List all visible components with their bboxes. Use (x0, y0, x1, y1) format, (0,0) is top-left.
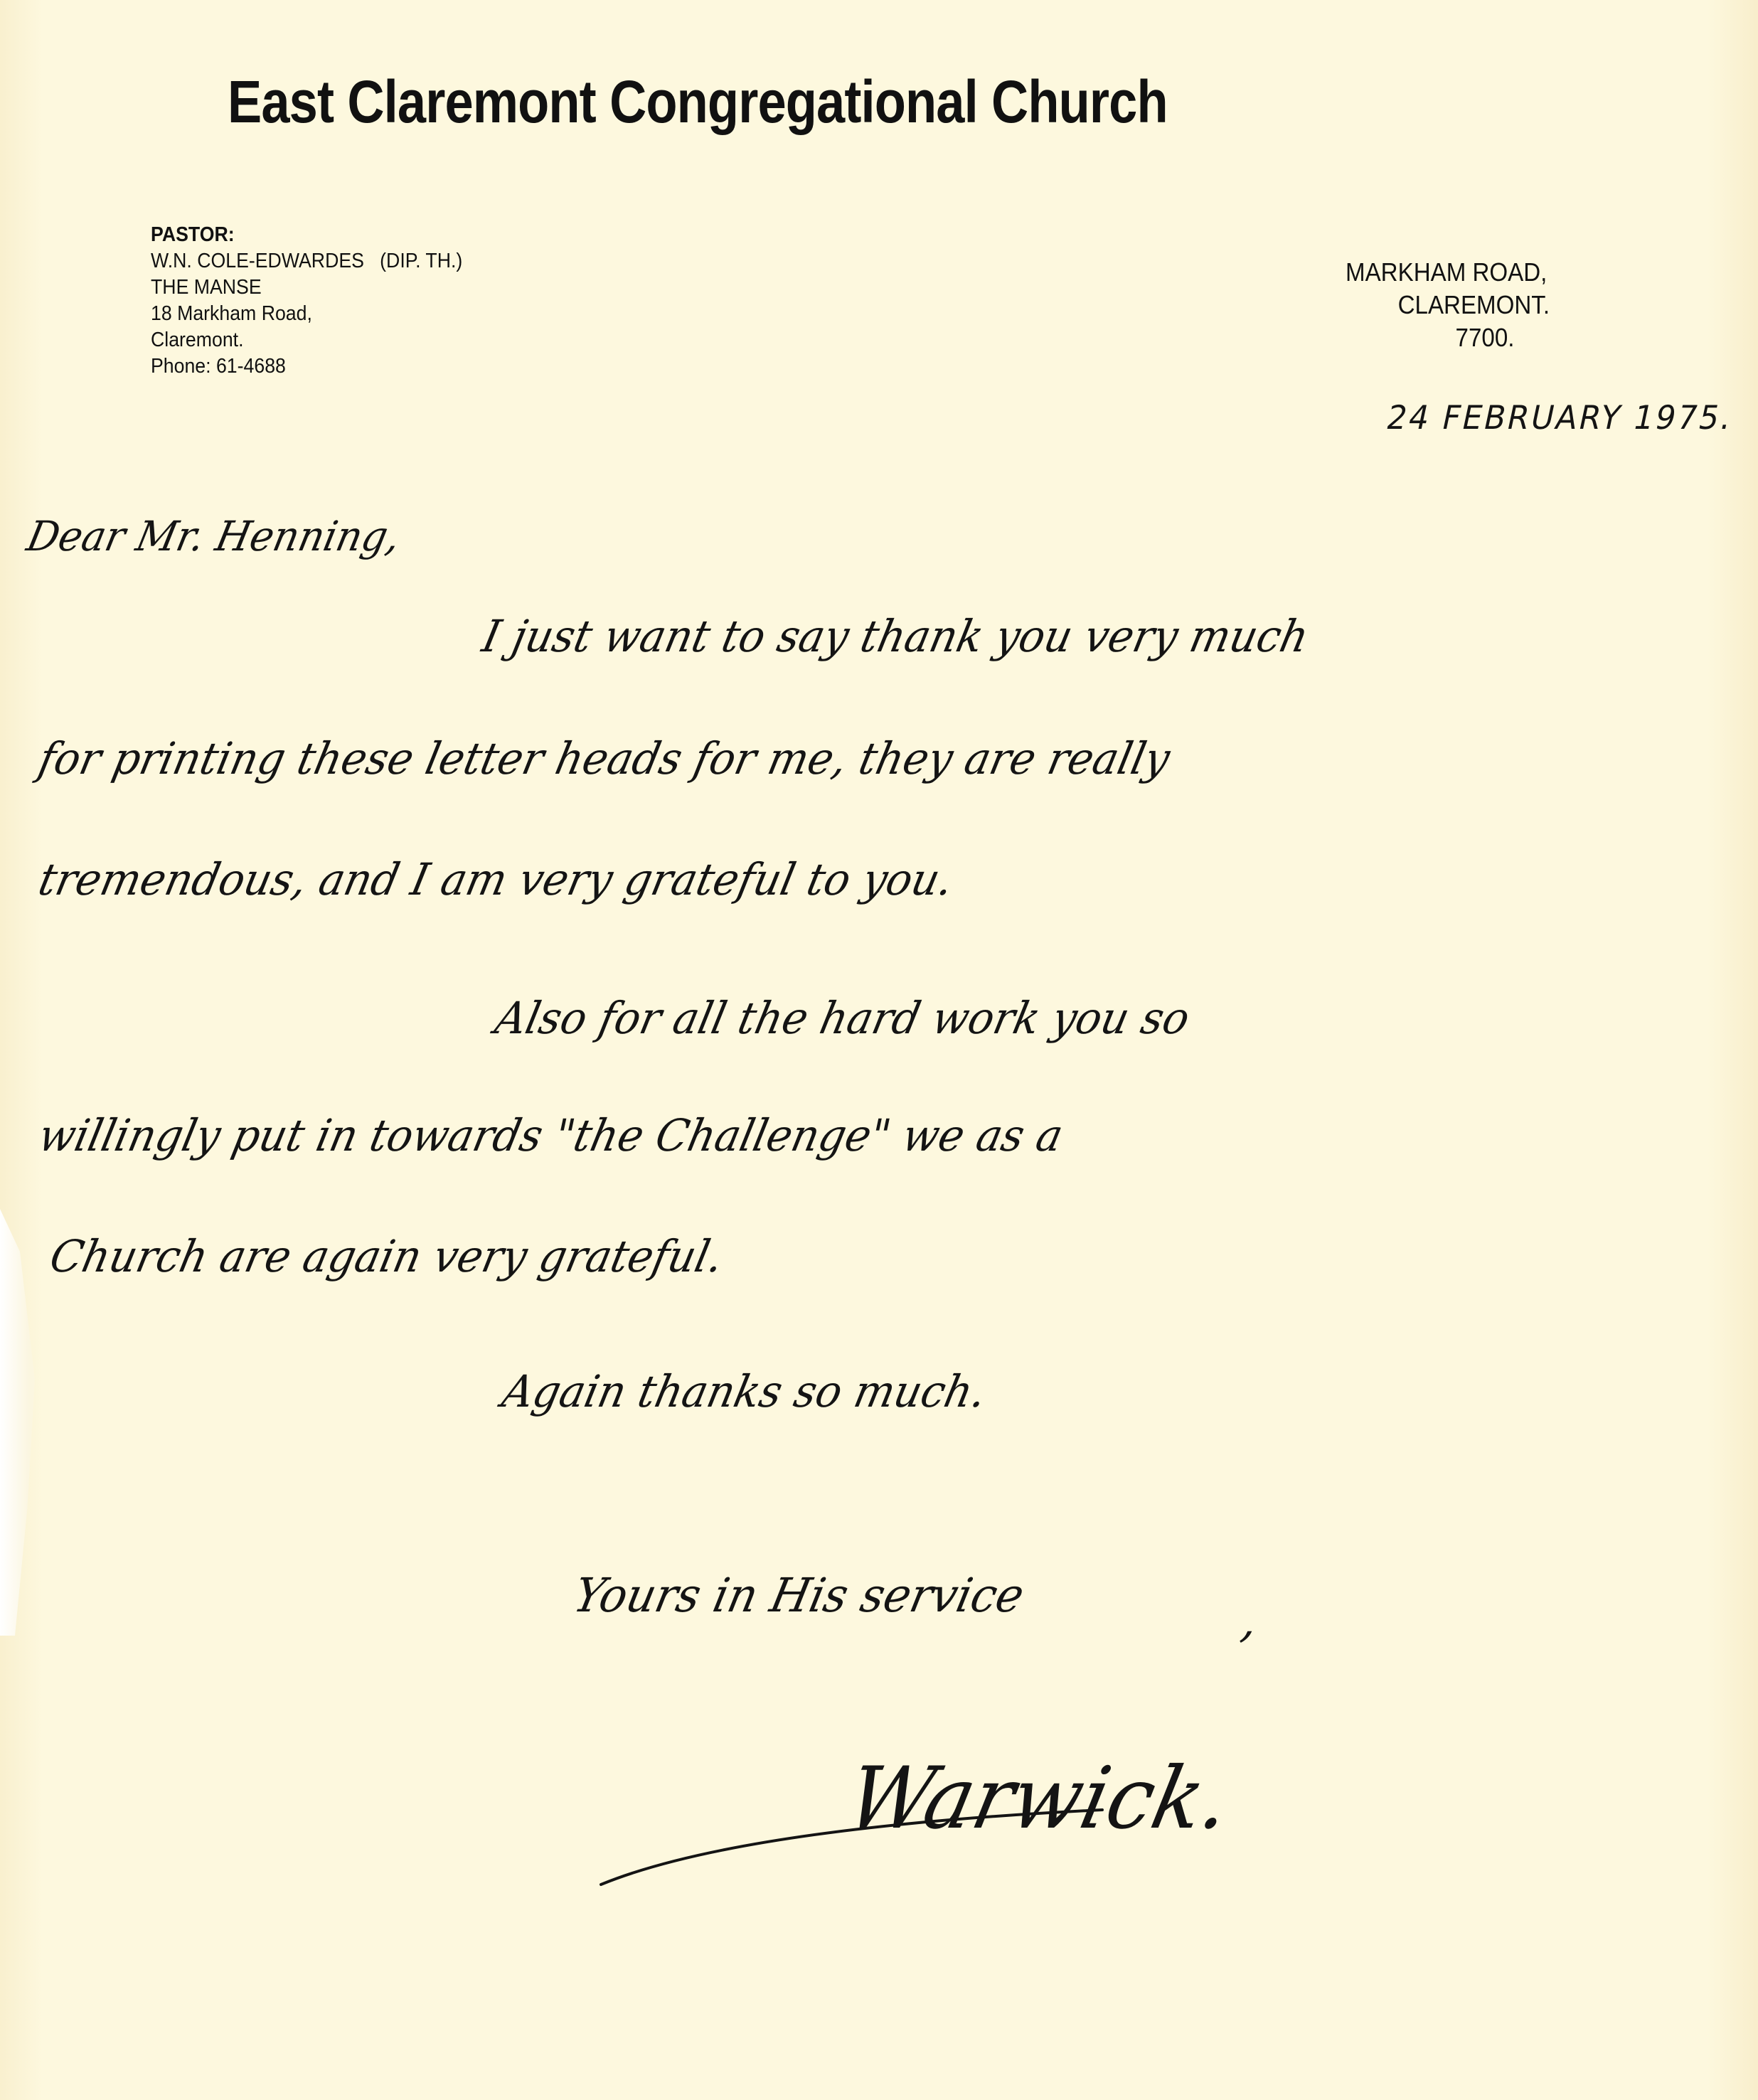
salutation: Dear Mr. Henning, (23, 512, 405, 560)
body-line: for printing these letter heads for me, … (34, 732, 1174, 784)
pastor-phone: Phone: 61-4688 (151, 353, 462, 380)
church-street: MARKHAM ROAD, (1346, 256, 1550, 289)
closing: Yours in His service (569, 1568, 1029, 1623)
body-line: willingly put in towards "the Challenge"… (34, 1109, 1067, 1161)
letter-date: 24 FEBRUARY 1975. (1383, 398, 1737, 437)
pastor-contact-block: PASTOR: W.N. COLE-EDWARDES (DIP. TH.) TH… (151, 222, 462, 380)
pastor-name: W.N. COLE-EDWARDES (DIP. TH.) (151, 248, 462, 275)
pastor-label: PASTOR: (151, 222, 462, 248)
pastor-town: Claremont. (151, 327, 462, 353)
signature-flourish-line (597, 1806, 1109, 1892)
body-line: tremendous, and I am very grateful to yo… (34, 853, 958, 905)
body-line: I just want to say thank you very much (478, 610, 1314, 662)
body-line: Church are again very grateful. (46, 1230, 728, 1282)
pastor-street: 18 Markham Road, (151, 301, 462, 327)
church-town: CLAREMONT. (1346, 289, 1550, 321)
church-name-title: East Claremont Congregational Church (228, 68, 1328, 137)
body-line: Again thanks so much. (498, 1365, 991, 1417)
pastor-residence: THE MANSE (151, 275, 462, 301)
church-postcode: 7700. (1346, 321, 1550, 354)
church-address-block: MARKHAM ROAD, CLAREMONT. 7700. (1346, 256, 1550, 354)
body-line: Also for all the hard work you so (491, 992, 1194, 1044)
